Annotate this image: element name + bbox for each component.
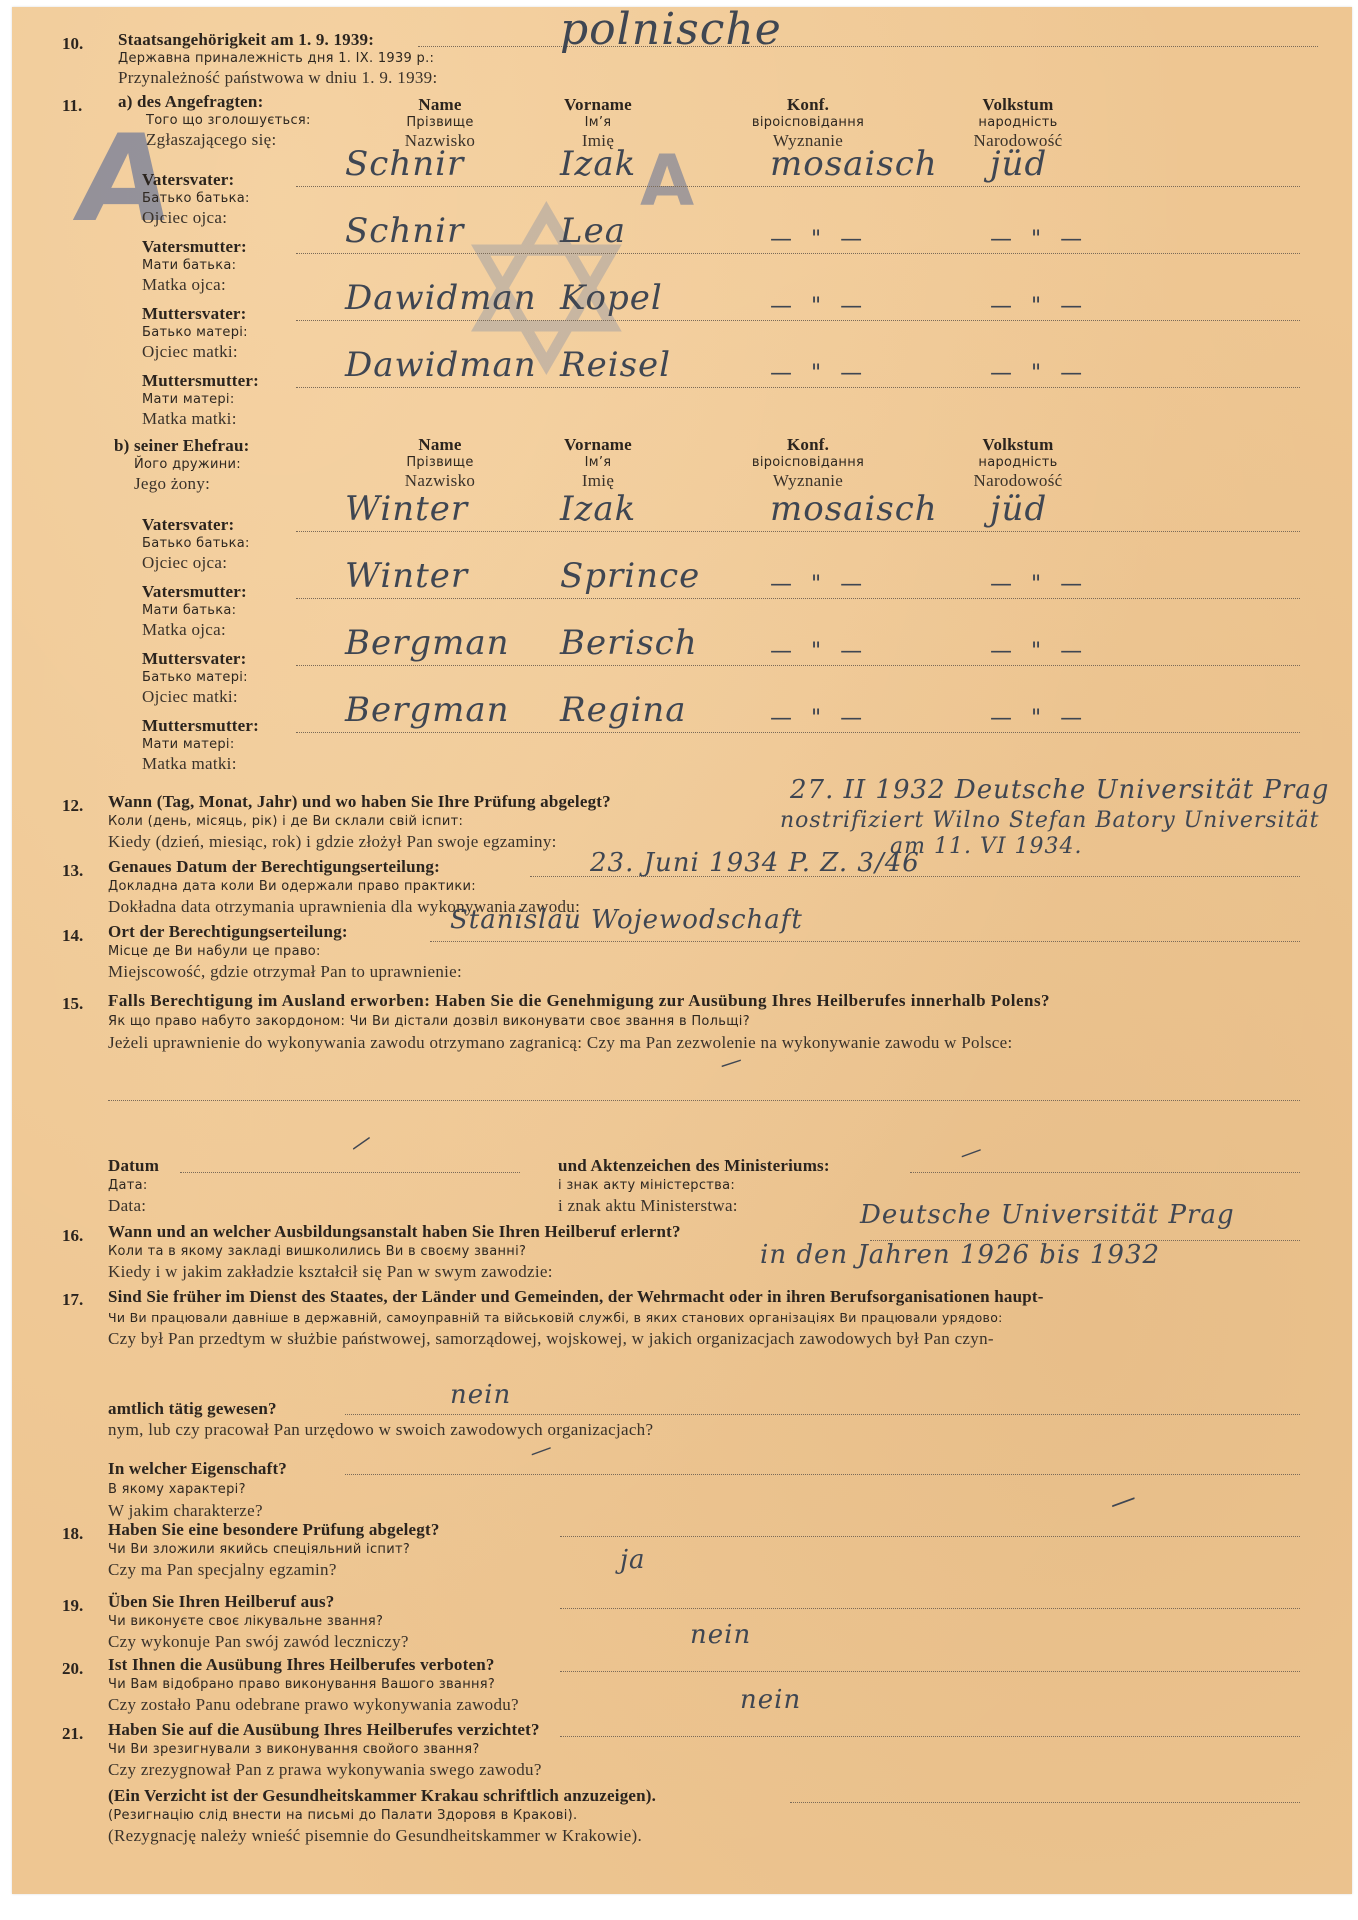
ancestor-label-de: Muttersmutter: — [142, 716, 259, 735]
ancestor-konf-field[interactable]: mosaisch — [770, 489, 938, 529]
ancestor-konf-field[interactable]: — " — — [770, 572, 868, 597]
q11a-label-ua: Того що зголошується: — [118, 111, 311, 130]
q20-label-pl: Czy zostało Panu odebrane prawo wykonywa… — [108, 1695, 519, 1715]
note-pl: (Rezygnację należy wnieść pisemnie do Ge… — [108, 1826, 656, 1846]
ancestor-answer-line — [296, 253, 1300, 254]
q18-label: Haben Sie eine besondere Prüfung abgeleg… — [108, 1520, 440, 1580]
stamp-letter-a-2: A — [640, 140, 694, 222]
q12-label-ua: Коли (день, місяць, рік) і де Ви склали … — [108, 812, 611, 832]
ancestor-label-de: Vatersvater: — [142, 170, 250, 189]
q19-label-pl: Czy wykonuje Pan swój zawód leczniczy? — [108, 1632, 409, 1652]
q11b-label-ua: Його дружини: — [114, 455, 250, 474]
ancestor-label-ua: Батько матері: — [142, 668, 248, 687]
q14-answer-line — [430, 941, 1300, 942]
ancestor-volkstum-field[interactable]: — " — — [990, 294, 1088, 319]
q11a-label-de: a) des Angefragten: — [118, 92, 311, 111]
q15-akten-label: und Aktenzeichen des Ministeriums: і зна… — [558, 1156, 830, 1216]
ancestor-label: Vatersmutter:Мати батька:Matka ojca: — [142, 582, 247, 639]
ancestor-answer-line — [296, 732, 1300, 733]
column-header-a-0: NameПрізвищеNazwisko — [350, 96, 530, 150]
q11a-label-pl: Zgłaszającego się: — [118, 130, 311, 149]
ancestor-name-field[interactable]: Winter — [345, 556, 468, 596]
column-header-de: Name — [350, 436, 530, 454]
q17-answer-line — [345, 1414, 1300, 1415]
ancestor-label: Vatersvater:Батько батька:Ojciec ojca: — [142, 515, 250, 572]
column-header-b-1: VornameІм’яImię — [508, 436, 688, 490]
column-header-ua: Прізвище — [350, 114, 530, 132]
q10-label-pl: Przynależność państwowa w dniu 1. 9. 193… — [118, 68, 438, 87]
ancestor-label-pl: Ojciec matki: — [142, 342, 248, 361]
ancestor-answer-line — [296, 320, 1300, 321]
q17-label-pl2: nym, lub czy pracował Pan urzędowo w swo… — [108, 1419, 653, 1440]
ancestor-vorname-field[interactable]: Regina — [560, 690, 687, 730]
q13-label-ua: Докладна дата коли Ви одержали право пра… — [108, 877, 580, 897]
ancestor-volkstum-field[interactable]: — " — — [990, 227, 1088, 252]
ancestor-label-ua: Батько батька: — [142, 534, 250, 553]
resignation-note: (Ein Verzicht ist der Gesundheitskammer … — [108, 1786, 656, 1846]
column-header-a-1: VornameІм’яImię — [508, 96, 688, 150]
q16-label-ua: Коли та в якому закладі вишколились Ви в… — [108, 1242, 681, 1262]
q10-label-de: Staatsangehörigkeit am 1. 9. 1939: — [118, 30, 438, 49]
q17-sub-line — [345, 1474, 1300, 1475]
q20-label: Ist Ihnen die Ausübung Ihres Heilberufes… — [108, 1655, 519, 1715]
q17-number: 17. — [62, 1290, 83, 1310]
column-header-b-0: NameПрізвищеNazwisko — [350, 436, 530, 490]
q10-label-ua: Державна приналежність дня 1. IX. 1939 р… — [118, 49, 438, 68]
q17-sub-ua: В якому характері? — [108, 1479, 287, 1500]
q13-label-de: Genaues Datum der Berechtigungserteilung… — [108, 857, 580, 877]
q20-answer-line — [560, 1671, 1300, 1672]
ancestor-label: Vatersmutter:Мати батька:Matka ojca: — [142, 237, 247, 294]
q11b-label-pl: Jego żony: — [114, 474, 250, 493]
ancestor-vorname-field[interactable]: Berisch — [560, 623, 698, 663]
q21-number: 21. — [62, 1724, 83, 1744]
ancestor-label-de: Muttersvater: — [142, 649, 248, 668]
q17-label-ua: Чи Ви працювали давніше в державній, сам… — [108, 1307, 1044, 1328]
q17-label-de2: amtlich tätig gewesen? — [108, 1398, 653, 1419]
column-header-pl: Narodowość — [928, 472, 1108, 490]
q20-label-ua: Чи Вам відобрано право виконування Вашог… — [108, 1675, 519, 1695]
ancestor-konf-field[interactable]: mosaisch — [770, 144, 938, 184]
ancestor-name-field[interactable]: Bergman — [345, 690, 510, 730]
column-header-ua: Ім’я — [508, 454, 688, 472]
q14-label: Ort der Berechtigungserteilung: Місце де… — [108, 922, 462, 982]
q18-label-pl: Czy ma Pan specjalny egzamin? — [108, 1560, 440, 1580]
q18-answer-line — [560, 1536, 1300, 1537]
column-header-ua: Прізвище — [350, 454, 530, 472]
ancestor-label: Muttersmutter:Мати матері:Matka matki: — [142, 371, 259, 428]
ancestor-label-pl: Ojciec matki: — [142, 687, 248, 706]
q20-label-de: Ist Ihnen die Ausübung Ihres Heilberufes… — [108, 1655, 519, 1675]
q15-datum-de: Datum — [108, 1156, 159, 1176]
q21-answer[interactable]: nein — [740, 1685, 801, 1715]
q15-answer-line — [108, 1100, 1300, 1101]
ancestor-answer-line — [296, 531, 1300, 532]
column-header-b-3: VolkstumнародністьNarodowość — [928, 436, 1108, 490]
q17-label-de: Sind Sie früher im Dienst des Staates, d… — [108, 1286, 1044, 1307]
ancestor-answer-line — [296, 598, 1300, 599]
ancestor-vorname-field[interactable]: Kopel — [560, 278, 663, 318]
q20-answer[interactable]: nein — [690, 1620, 751, 1650]
ancestor-vorname-field[interactable]: Izak — [560, 489, 636, 529]
q17-sub-label: In welcher Eigenschaft? В якому характер… — [108, 1458, 287, 1521]
q19-label-ua: Чи виконуєте своє лікувальне звання? — [108, 1612, 409, 1632]
column-header-pl: Nazwisko — [350, 472, 530, 490]
q10-answer[interactable]: polnische — [560, 4, 782, 55]
q17-label: Sind Sie früher im Dienst des Staates, d… — [108, 1286, 1044, 1349]
column-header-de: Volkstum — [928, 96, 1108, 114]
ancestor-name-field[interactable]: Dawidman — [345, 345, 537, 385]
q17-answer[interactable]: nein — [450, 1380, 511, 1410]
q18-label-ua: Чи Ви зложили якийсь спеціяльний іспит? — [108, 1540, 440, 1560]
q15-datum-ua: Дата: — [108, 1176, 159, 1196]
column-header-ua: народність — [928, 114, 1108, 132]
note-ua: (Резигнацію слід внести на письмі до Пал… — [108, 1806, 656, 1826]
q11-number: 11. — [62, 96, 82, 116]
q10-label: Staatsangehörigkeit am 1. 9. 1939: Держа… — [118, 30, 438, 87]
ancestor-konf-field[interactable]: — " — — [770, 294, 868, 319]
q10-number: 10. — [62, 34, 83, 54]
ancestor-label-de: Vatersvater: — [142, 515, 250, 534]
column-header-de: Vorname — [508, 96, 688, 114]
q21-label: Haben Sie auf die Ausübung Ihres Heilber… — [108, 1720, 542, 1780]
ancestor-volkstum-field[interactable]: jüd — [990, 489, 1047, 529]
column-header-a-2: Konf.віроісповіданняWyznanie — [718, 96, 898, 150]
column-header-ua: віроісповідання — [718, 454, 898, 472]
q11b-label-de: b) seiner Ehefrau: — [114, 436, 250, 455]
ancestor-vorname-field[interactable]: Izak — [560, 144, 636, 184]
q15-label: Falls Berechtigung im Ausland erworben: … — [108, 990, 1050, 1053]
ancestor-label-pl: Matka ojca: — [142, 620, 247, 639]
ancestor-volkstum-field[interactable]: — " — — [990, 639, 1088, 664]
ancestor-konf-field[interactable]: — " — — [770, 706, 868, 731]
q15-number: 15. — [62, 994, 83, 1014]
q19-label: Üben Sie Ihren Heilberuf aus?Чи виконуєт… — [108, 1592, 409, 1652]
ancestor-konf-field[interactable]: — " — — [770, 639, 868, 664]
ancestor-label-pl: Ojciec ojca: — [142, 208, 250, 227]
q21-label-ua: Чи Ви зрезигнували з виконування свойого… — [108, 1740, 542, 1760]
ancestor-volkstum-field[interactable]: — " — — [990, 706, 1088, 731]
q20-number: 20. — [62, 1659, 83, 1679]
q15-datum-line — [180, 1172, 520, 1173]
ancestor-label-de: Vatersmutter: — [142, 237, 247, 256]
column-header-de: Konf. — [718, 96, 898, 114]
q12-answer-line1[interactable]: 27. II 1932 Deutsche Universität Prag — [790, 775, 1329, 805]
q11b-label: b) seiner Ehefrau: Його дружини: Jego żo… — [114, 436, 250, 493]
q17-sub-de: In welcher Eigenschaft? — [108, 1458, 287, 1479]
ancestor-name-field[interactable]: Dawidman — [345, 278, 537, 318]
column-header-de: Konf. — [718, 436, 898, 454]
ancestor-answer-line — [296, 186, 1300, 187]
column-header-de: Vorname — [508, 436, 688, 454]
ancestor-name-field[interactable]: Schnir — [345, 144, 464, 184]
column-header-ua: Ім’я — [508, 114, 688, 132]
ancestor-name-field[interactable]: Winter — [345, 489, 468, 529]
q19-answer-line — [560, 1608, 1300, 1609]
q15-label-ua: Як що право набуто закордоном: Чи Ви діс… — [108, 1011, 1050, 1032]
ancestor-label-pl: Ojciec ojca: — [142, 553, 250, 572]
ancestor-label-ua: Мати матері: — [142, 390, 259, 409]
ancestor-konf-field[interactable]: — " — — [770, 361, 868, 386]
column-header-de: Volkstum — [928, 436, 1108, 454]
q12-label: Wann (Tag, Monat, Jahr) und wo haben Sie… — [108, 792, 611, 852]
ancestor-volkstum-field[interactable]: jüd — [990, 144, 1047, 184]
q15-akten-de: und Aktenzeichen des Ministeriums: — [558, 1156, 830, 1176]
ancestor-vorname-field[interactable]: Sprince — [560, 556, 700, 596]
ancestor-answer-line — [296, 387, 1300, 388]
ancestor-label-de: Vatersmutter: — [142, 582, 247, 601]
q12-answer-line2[interactable]: nostrifiziert Wilno Stefan Batory Univer… — [780, 808, 1319, 833]
ancestor-answer-line — [296, 665, 1300, 666]
q15-label-de: Falls Berechtigung im Ausland erworben: … — [108, 990, 1050, 1011]
column-header-pl: Wyznanie — [718, 472, 898, 490]
q12-label-pl: Kiedy (dzień, miesiąc, rok) i gdzie złoż… — [108, 832, 611, 852]
note-de: (Ein Verzicht ist der Gesundheitskammer … — [108, 1786, 656, 1806]
ancestor-vorname-field[interactable]: Reisel — [560, 345, 671, 385]
ancestor-label: Muttersvater:Батько матері:Ojciec matki: — [142, 649, 248, 706]
ancestor-label-pl: Matka matki: — [142, 409, 259, 428]
q18-number: 18. — [62, 1524, 83, 1544]
q17-label-pl: Czy był Pan przedtym w służbie państwowe… — [108, 1328, 1044, 1349]
q13-number: 13. — [62, 861, 83, 881]
q19-label-de: Üben Sie Ihren Heilberuf aus? — [108, 1592, 409, 1612]
q12-label-de: Wann (Tag, Monat, Jahr) und wo haben Sie… — [108, 792, 611, 812]
q16-label-pl: Kiedy i w jakim zakładzie kształcił się … — [108, 1262, 681, 1282]
q16-label: Wann und an welcher Ausbildungsanstalt h… — [108, 1222, 681, 1282]
ancestor-label-pl: Matka ojca: — [142, 275, 247, 294]
ancestor-label-ua: Мати матері: — [142, 735, 259, 754]
q21-label-pl: Czy zrezygnował Pan z prawa wykonywania … — [108, 1760, 542, 1780]
column-header-ua: віроісповідання — [718, 114, 898, 132]
q15-akten-ua: і знак акту міністерства: — [558, 1176, 830, 1196]
ancestor-label-de: Muttersvater: — [142, 304, 248, 323]
ancestor-label-ua: Мати батька: — [142, 256, 247, 275]
q16-label-de: Wann und an welcher Ausbildungsanstalt h… — [108, 1222, 681, 1242]
q16-number: 16. — [62, 1226, 83, 1246]
column-header-a-3: VolkstumнародністьNarodowość — [928, 96, 1108, 150]
ancestor-label-ua: Мати батька: — [142, 601, 247, 620]
q15-akten-line — [910, 1172, 1300, 1173]
ancestor-vorname-field[interactable]: Lea — [560, 211, 626, 251]
ancestor-label-ua: Батько батька: — [142, 189, 250, 208]
q17-sub-pl: W jakim charakterze? — [108, 1500, 287, 1521]
column-header-pl: Imię — [508, 472, 688, 490]
q19-number: 19. — [62, 1596, 83, 1616]
q19-answer[interactable]: ja — [620, 1545, 646, 1575]
q14-label-pl: Miejscowość, gdzie otrzymał Pan to upraw… — [108, 962, 462, 982]
q15-label-pl: Jeżeli uprawnienie do wykonywania zawodu… — [108, 1032, 1050, 1053]
ancestor-label-de: Muttersmutter: — [142, 371, 259, 390]
ancestor-label-pl: Matka matki: — [142, 754, 259, 773]
column-header-de: Name — [350, 96, 530, 114]
q17-label-cont: amtlich tätig gewesen? nym, lub czy prac… — [108, 1398, 653, 1440]
ancestor-name-field[interactable]: Schnir — [345, 211, 464, 251]
q12-number: 12. — [62, 796, 83, 816]
ancestor-volkstum-field[interactable]: — " — — [990, 572, 1088, 597]
q14-number: 14. — [62, 926, 83, 946]
q16-answer-line1[interactable]: Deutsche Universität Prag — [860, 1200, 1235, 1230]
note-line — [790, 1802, 1300, 1803]
column-header-b-2: Konf.віроісповіданняWyznanie — [718, 436, 898, 490]
q21-label-de: Haben Sie auf die Ausübung Ihres Heilber… — [108, 1720, 542, 1740]
q14-label-de: Ort der Berechtigungserteilung: — [108, 922, 462, 942]
q21-answer-line — [560, 1736, 1300, 1737]
ancestor-konf-field[interactable]: — " — — [770, 227, 868, 252]
ancestor-label-ua: Батько матері: — [142, 323, 248, 342]
ancestor-label: Muttersvater:Батько матері:Ojciec matki: — [142, 304, 248, 361]
q16-answer-line2[interactable]: in den Jahren 1926 bis 1932 — [760, 1240, 1160, 1270]
ancestor-label: Vatersvater:Батько батька:Ojciec ojca: — [142, 170, 250, 227]
q14-label-ua: Місце де Ви набули це право: — [108, 942, 462, 962]
q18-label-de: Haben Sie eine besondere Prüfung abgeleg… — [108, 1520, 440, 1540]
ancestor-label: Muttersmutter:Мати матері:Matka matki: — [142, 716, 259, 773]
q13-answer[interactable]: 23. Juni 1934 P. Z. 3/46 — [590, 848, 920, 878]
q11a-label: a) des Angefragten: Того що зголошується… — [118, 92, 311, 149]
column-header-ua: народність — [928, 454, 1108, 472]
q15-datum-pl: Data: — [108, 1196, 159, 1216]
q10-answer-line — [418, 46, 1318, 47]
ancestor-name-field[interactable]: Bergman — [345, 623, 510, 663]
q15-datum-label: Datum Дата: Data: — [108, 1156, 159, 1216]
q14-answer[interactable]: Stanislau Wojewodschaft — [450, 905, 803, 935]
ancestor-volkstum-field[interactable]: — " — — [990, 361, 1088, 386]
q15-akten-pl: i znak aktu Ministerstwa: — [558, 1196, 830, 1216]
